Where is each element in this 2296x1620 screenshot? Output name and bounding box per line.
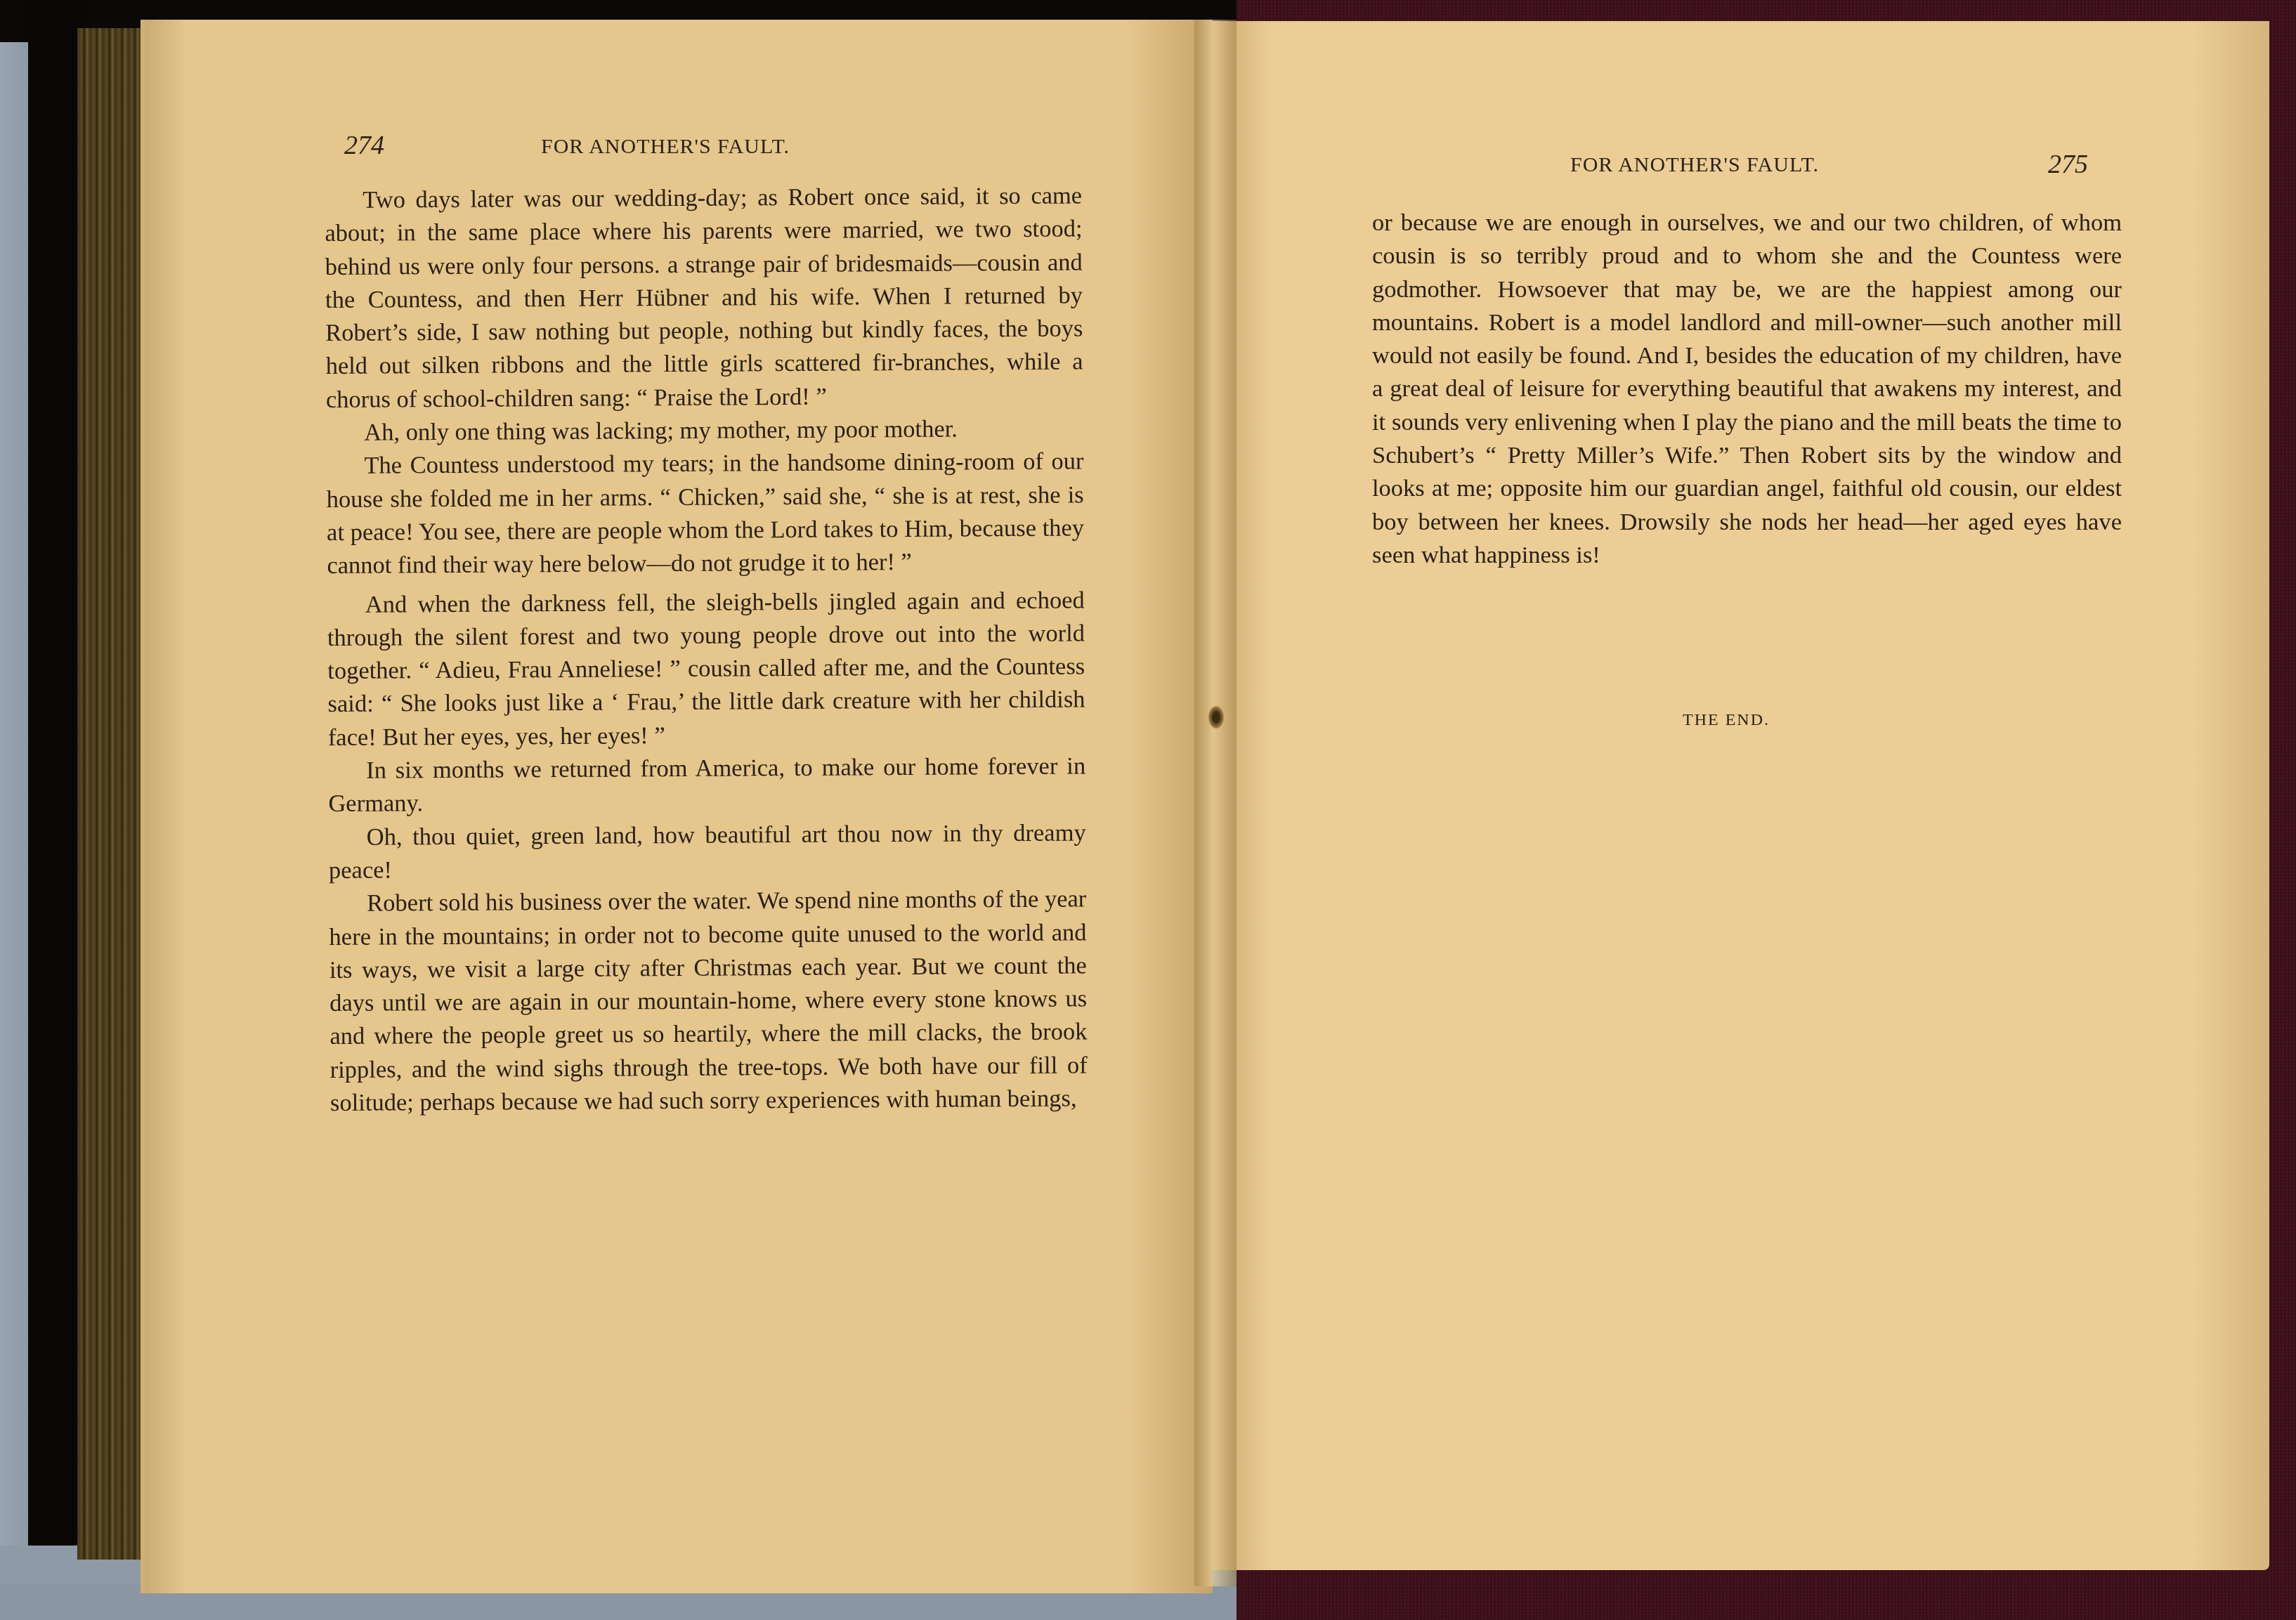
paragraph: The Countess understood my tears; in the… xyxy=(326,445,1084,583)
running-head-right: FOR ANOTHER'S FAULT. xyxy=(1570,153,1819,177)
binding-hole xyxy=(1208,706,1224,729)
paragraph: In six months we returned from America, … xyxy=(328,750,1086,821)
left-page-text: Two days later was our wedding-day; as R… xyxy=(325,179,1088,1120)
paragraph: Two days later was our wedding-day; as R… xyxy=(325,179,1083,417)
paragraph: Oh, thou quiet, green land, how beautifu… xyxy=(329,816,1087,887)
paragraph: Ah, only one thing was lacking; my mothe… xyxy=(326,412,1083,450)
paragraph: Robert sold his business over the water.… xyxy=(329,883,1088,1121)
paragraph: And when the darkness fell, the sleigh-b… xyxy=(327,584,1085,755)
page-number-left: 274 xyxy=(344,130,384,161)
page-number-right: 275 xyxy=(2048,149,2088,180)
the-end-label: THE END. xyxy=(1683,711,1770,730)
paragraph: or because we are enough in ourselves, w… xyxy=(1372,207,2122,572)
right-page-text: or because we are enough in ourselves, w… xyxy=(1372,207,2122,572)
page-edges-left xyxy=(77,28,144,1560)
running-head-left: FOR ANOTHER'S FAULT. xyxy=(541,135,790,159)
book-spine-gutter xyxy=(1194,20,1237,1586)
